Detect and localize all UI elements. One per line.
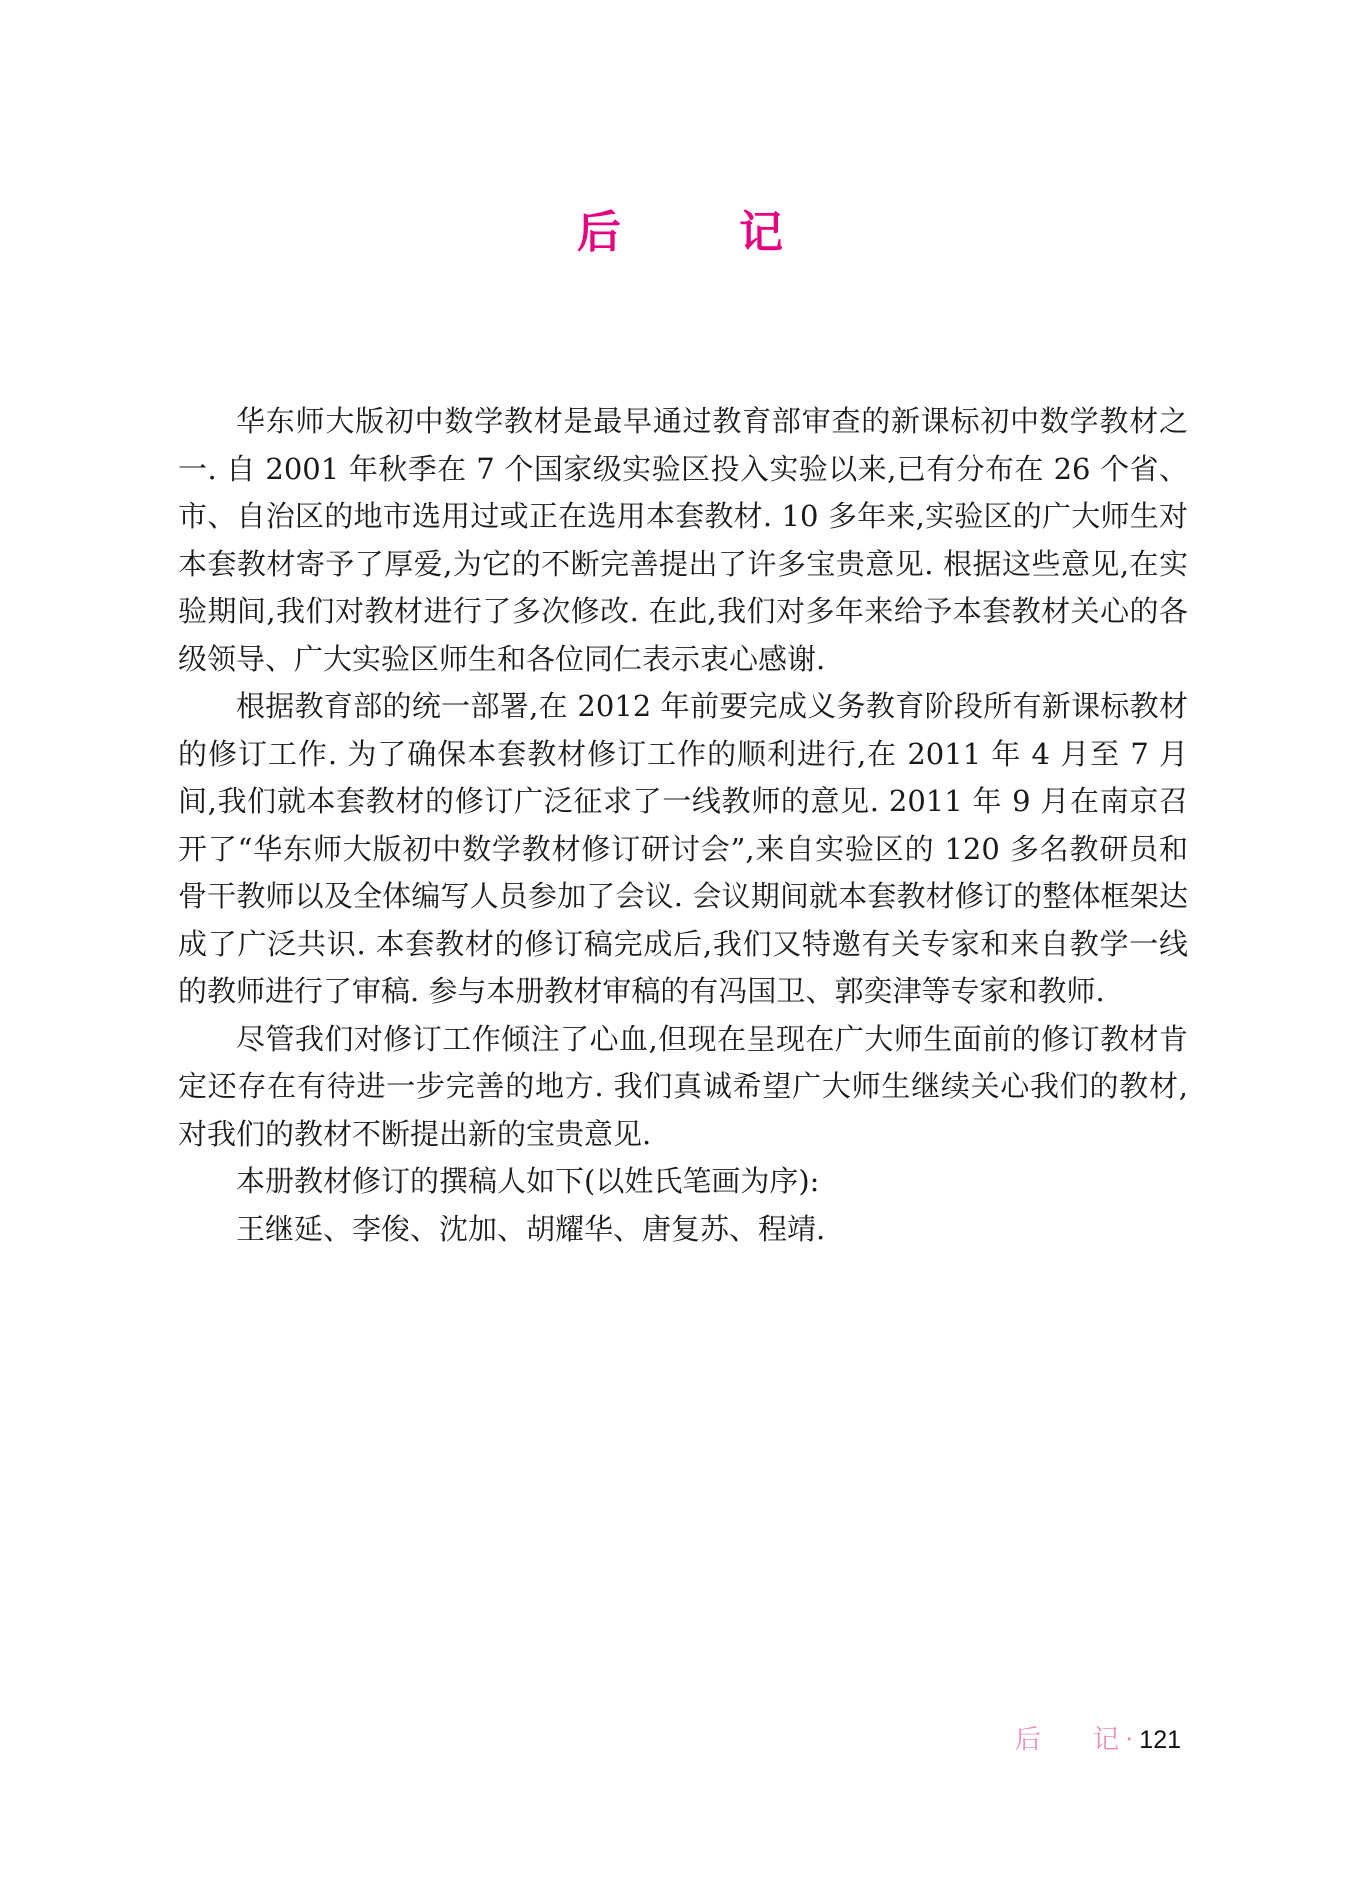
footer-label-char-2: 记 [1093, 1725, 1119, 1755]
paragraph-acknowledgement: 华东师大版初中数学教材是最早通过教育部审查的新课标初中数学教材之一. 自 200… [178, 398, 1188, 683]
footer-separator: · [1125, 1725, 1133, 1755]
page-title: 后记 [0, 196, 1360, 260]
page-number: 121 [1139, 1726, 1181, 1754]
title-char-1: 后 [577, 207, 621, 258]
document-page: 后记 华东师大版初中数学教材是最早通过教育部审查的新课标初中数学教材之一. 自 … [0, 0, 1360, 1884]
paragraph-revision-process: 根据教育部的统一部署,在 2012 年前要完成义务教育阶段所有新课标教材的修订工… [178, 683, 1188, 1016]
paragraph-authors-list: 王继延、李俊、沈加、胡耀华、唐复苏、程靖. [178, 1206, 1188, 1254]
paragraph-feedback-request: 尽管我们对修订工作倾注了心血,但现在呈现在广大师生面前的修订教材肯定还存在有待进… [178, 1016, 1188, 1159]
paragraph-authors-heading: 本册教材修订的撰稿人如下(以姓氏笔画为序): [178, 1158, 1188, 1206]
running-footer-label: 后记 [1015, 1725, 1119, 1755]
body-text: 华东师大版初中数学教材是最早通过教育部审查的新课标初中数学教材之一. 自 200… [178, 398, 1188, 1253]
title-char-2: 记 [739, 207, 783, 258]
footer-label-char-1: 后 [1015, 1725, 1041, 1755]
page-footer: 后记·121 [1015, 1720, 1181, 1760]
